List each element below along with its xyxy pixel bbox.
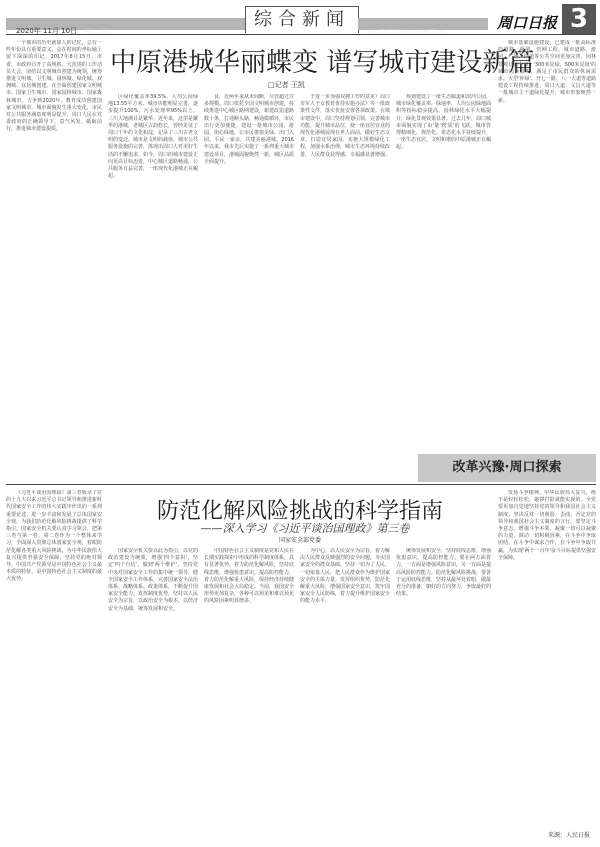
article2-column-6: 发扬斗争精神。中华民族伟大复兴，绝不是轻轻松松、敲锣打鼓就能实现的。全党要更加自… — [498, 490, 596, 828]
article2-column-1: 《习近平谈治国理政》第三卷收录了党的十九大以来习近平总书记领导和推进新时代国家安… — [6, 490, 102, 842]
date-bar: 2020年 11月 10日星期二 · 编辑 — [6, 18, 246, 30]
section-rule — [6, 484, 596, 485]
column-text: 规划建设了一批生态廊道和滨河公园，城市绿化覆盖率、绿地率、人均公园绿地面积等指标… — [396, 94, 491, 152]
article2-subheadline: ——深入学习《习近平谈治国理政》第三卷 — [170, 520, 440, 536]
page-number: 3 — [562, 4, 596, 34]
newspaper-logo: 周口日报 — [497, 12, 557, 33]
header-rule — [6, 34, 596, 35]
article1-column-3: 良，近两年来从未间断，尽管超过许多规模。周口依托全国文明城市创建，持续推进中心城… — [204, 94, 294, 480]
column-text: 于进一步加强双拥工作的意见》周口市军人子女教育优待实施办法》等一批政策性文件，落… — [300, 94, 390, 159]
article1-byline: □记者 王凯 — [268, 80, 305, 90]
article1-column-6: 城市基础设施建设，已建成一批高标准的道路、桥梁、管网工程。城市道路、游园、广场、… — [498, 40, 596, 450]
column-text: 统筹发展和安全，坚持底线思维，增强忧患意识，提高防控能力。要在两方面着力，一方面… — [396, 548, 491, 598]
article2-author: 国家安全部党委 — [250, 535, 350, 544]
column-text: 良，近两年来从未间断，尽管超过许多规模。周口依托全国文明城市创建，持续推进中心城… — [204, 94, 294, 166]
column-text: 一个城市的历史就如人的记忆，总有一些年份具有重要意义。会在时间的坐标轴上留下深深… — [6, 40, 102, 134]
column-text: 发扬斗争精神。中华民族伟大复兴，绝不是轻轻松松、敲锣打鼓就能实现的。全党要更加自… — [498, 490, 596, 562]
article1-headline: 中原港城华丽蝶变 谱写城市建设新篇 — [110, 42, 490, 79]
column-text: 中国特色社会主义制度是党和人民在长期实践探索中形成的科学制度体系，具有显著优势。… — [204, 548, 294, 606]
contact-bar: 电话 4139973 E-mail: zkrbgj@163.com — [358, 18, 488, 30]
section-title: 综合新闻 — [245, 6, 359, 33]
article2-source-credit: 来源：人民日报 — [548, 830, 590, 839]
article1-column-2: 区绿化覆盖率39.5%，人均公园绿地13.55平方米。城市功能明显完善，逐步提升… — [108, 94, 198, 480]
article1-column-1: 一个城市的历史就如人的记忆，总有一些年份具有重要意义。会在时间的坐标轴上留下深深… — [6, 40, 102, 480]
article2-column-2: 国家安全机关要以此为指引，以党的政治建设为统领，增强'四个意识'、坚定'四个自信… — [108, 548, 198, 842]
column-text: 区绿化覆盖率39.5%，人均公园绿地13.55平方米。城市功能明显完善，逐步提升… — [108, 94, 198, 180]
article2-column-5: 统筹发展和安全，坚持底线思维，增强忧患意识，提高防控能力。要在两方面着力，一方面… — [396, 548, 491, 842]
column-banner: 改革兴豫·周口探索 — [418, 454, 596, 482]
article2-column-4: 为中心，以人民安全为宗旨，着力解决人民群众反映强烈的安全问题，夯实国家安全的群众… — [300, 548, 390, 842]
column-text: 国家安全机关要以此为指引，以党的政治建设为统领，增强'四个意识'、坚定'四个自信… — [108, 548, 198, 613]
article2-column-3: 中国特色社会主义制度是党和人民在长期实践探索中形成的科学制度体系，具有显著优势。… — [204, 548, 294, 842]
column-text: 城市基础设施建设，已建成一批高标准的道路、桥梁、管网工程。城市道路、游园、广场、… — [498, 40, 596, 105]
article1-column-4: 于进一步加强双拥工作的意见》周口市军人子女教育优待实施办法》等一批政策性文件，落… — [300, 94, 390, 480]
column-text: 为中心，以人民安全为宗旨，着力解决人民群众反映强烈的安全问题，夯实国家安全的群众… — [300, 548, 390, 606]
article1-column-5: 规划建设了一批生态廊道和滨河公园，城市绿化覆盖率、绿地率、人均公园绿地面积等指标… — [396, 94, 491, 449]
column-text: 《习近平谈治国理政》第三卷收录了党的十九大以来习近平总书记领导和推进新时代国家安… — [6, 490, 102, 584]
